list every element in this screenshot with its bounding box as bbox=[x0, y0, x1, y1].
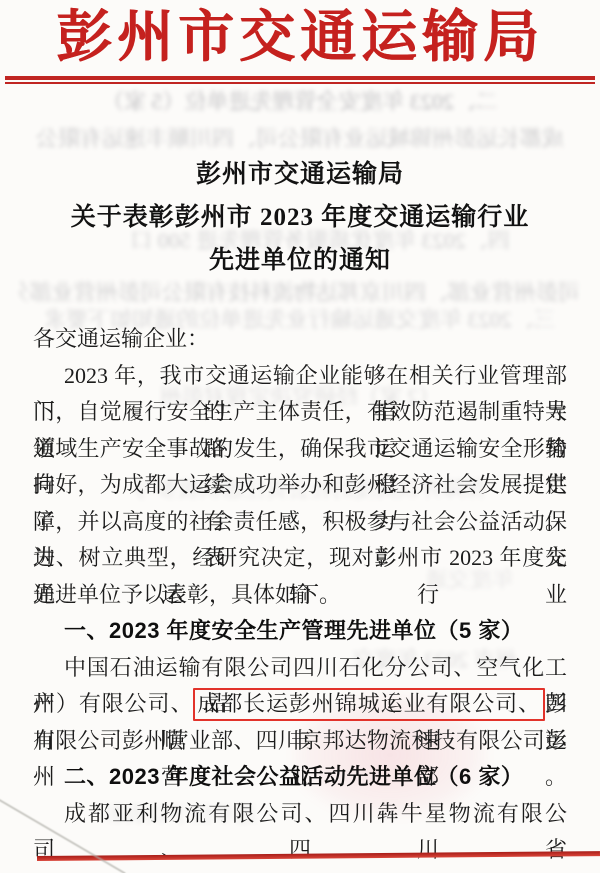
paragraph-line-with-highlight: 州）有限公司、成都长运彭州锦城运业有限公司、四川顺丰速运 bbox=[33, 686, 567, 723]
paragraph-line: 领域生产安全事故的发生，确保我市交通运输安全形势持续稳定 bbox=[33, 431, 567, 468]
paragraph-line: 进、树立典型，经研究决定，现对彭州市 2023 年度交通运输行业 bbox=[33, 540, 567, 577]
letterhead-rule-thin bbox=[5, 82, 595, 84]
paragraph-line: 2023 年，我市交通运输企业能够在相关行业管理部门的指导 bbox=[33, 358, 567, 395]
document-title: 彭州市交通运输局 关于表彰彭州市 2023 年度交通运输行业 先进单位的通知 bbox=[0, 153, 600, 282]
salutation: 各交通运输企业： bbox=[33, 321, 567, 358]
document-title-line2: 关于表彰彭州市 2023 年度交通运输行业 bbox=[0, 196, 600, 239]
paragraph-line: 成都亚利物流有限公司、四川犇牛星物流有限公司、四川省 bbox=[33, 796, 567, 833]
paragraph-line: 有限公司彭州营业部、四川京邦达物流科技有限公司彭州营业部。 bbox=[33, 723, 567, 760]
bleedthrough-text: 二、2023 年度安全管理先进单位（5 家） bbox=[95, 90, 505, 114]
document-title-line3: 先进单位的通知 bbox=[0, 239, 600, 282]
paragraph-line: 中国石油运输有限公司四川石化分公司、空气化工产品（彭 bbox=[33, 650, 567, 687]
section-heading-1: 一、2023 年度安全生产管理先进单位（5 家） bbox=[33, 613, 567, 650]
red-highlight-box: 成都长运彭州锦城运业有限公司、 bbox=[193, 688, 545, 721]
paragraph-text: 州）有限公司、 bbox=[33, 691, 193, 716]
bleedthrough-text: 司彭州营业部、四川京邦达物流科技有限公司彭州营业部分 bbox=[20, 281, 580, 305]
paragraph-line: 向好，为成都大运会成功举办和彭州经济社会发展提供了有力保 bbox=[33, 467, 567, 504]
document-title-line1: 彭州市交通运输局 bbox=[0, 153, 600, 196]
scanned-document-page: 二、2023 年度安全管理先进单位（5 家） 成都长运彭州锦城运业有限公司、四川… bbox=[0, 0, 600, 873]
letterhead-rule bbox=[5, 76, 595, 84]
letterhead-agency-name: 彭州市交通运输局 bbox=[0, 5, 600, 71]
paragraph-line: 下，自觉履行安全生产主体责任，有效防范遏制重特大道路运输 bbox=[33, 394, 567, 431]
bleedthrough-text: 成都长运彭州锦城运业有限公司、四川顺丰速运有限公 bbox=[25, 127, 575, 151]
paragraph-line: 障，并以高度的社会责任感，积极参与社会公益活动。为表彰先 bbox=[33, 504, 567, 541]
document-body: 各交通运输企业： 2023 年，我市交通运输企业能够在相关行业管理部门的指导 下… bbox=[33, 321, 567, 832]
section-heading-2: 二、2023 年度社会公益活动先进单位（6 家） bbox=[33, 759, 567, 796]
letterhead-rule-thick bbox=[5, 76, 595, 80]
